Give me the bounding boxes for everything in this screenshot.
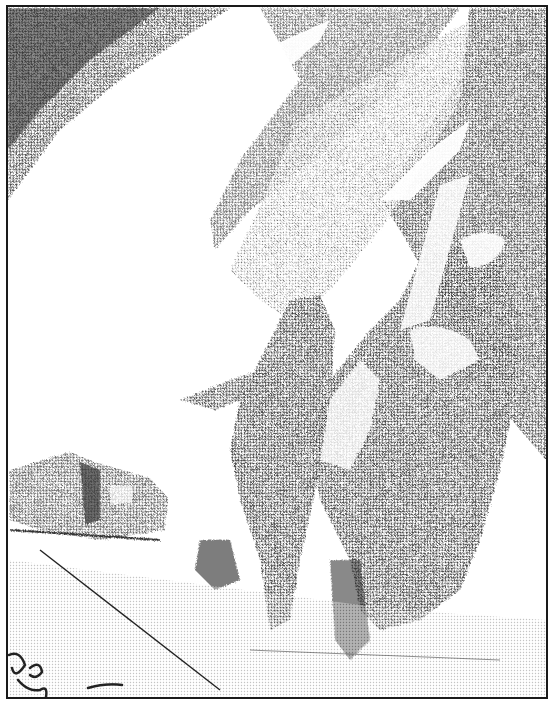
halftone-illustration: [0, 0, 554, 705]
